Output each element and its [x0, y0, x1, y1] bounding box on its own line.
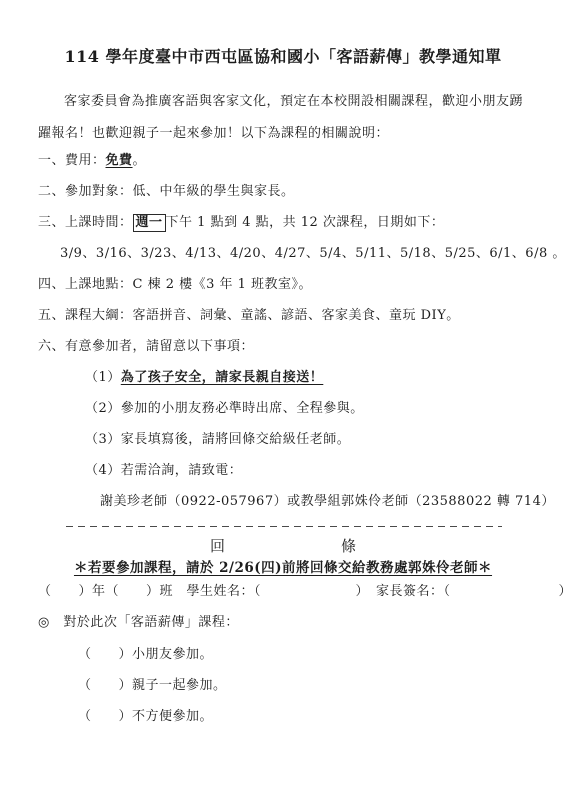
item-audience: 二、參加對象：低、中年級的學生與家長。: [38, 183, 528, 201]
dashed-divider: [66, 525, 502, 527]
item-fee-period: 。: [133, 153, 147, 168]
item-location: 四、上課地點：C 棟 2 樓《3 年 1 班教室》。: [38, 276, 528, 294]
page-title: 114 學年度臺中市西屯區協和國小「客語薪傳」教學通知單: [38, 46, 528, 68]
intro-paragraph: 客家委員會為推廣客語與客家文化，預定在本校開設相關課程，歡迎小朋友踴 躍報名！也…: [38, 86, 528, 150]
reply-slip-header-char-2: 條: [341, 536, 356, 556]
item-fee-label: 一、費用：: [38, 153, 106, 168]
reply-slip-header: 回 條: [38, 536, 528, 556]
item-time: 三、上課時間：週一下午 1 點到 4 點，共 12 次課程，日期如下：: [38, 214, 528, 232]
note-1-emphasis: 為了孩子安全，請家長親自接送！: [121, 370, 324, 385]
item-fee-emphasis: 免費: [106, 153, 133, 168]
reply-options: （ ）小朋友參加。 （ ）親子一起參加。 （ ）不方便參加。: [38, 646, 528, 726]
item-time-label: 三、上課時間：: [38, 215, 133, 230]
item-fee: 一、費用：免費。: [38, 152, 528, 170]
notice-page: 114 學年度臺中市西屯區協和國小「客語薪傳」教學通知單 客家委員會為推廣客語與…: [0, 0, 566, 726]
item-dates: 3/9、3/16、3/23、4/13、4/20、4/27、5/4、5/11、5/…: [38, 245, 528, 263]
note-4: （4）若需洽詢，請致電：: [38, 462, 528, 480]
contact-info: 謝美珍老師（0922-057967）或教學組郭姝伶老師（23588022 轉 7…: [38, 493, 528, 511]
intro-line-2: 躍報名！也歡迎親子一起來參加！以下為課程的相關說明：: [38, 118, 528, 150]
note-2: （2）參加的小朋友務必準時出席、全程參與。: [38, 400, 528, 418]
reply-form-line: （ ）年（ ）班 學生姓名：（ ） 家長簽名：（ ）: [38, 583, 528, 601]
reply-question: ◎ 對於此次「客語薪傳」課程：: [38, 614, 528, 632]
course-info-list: 一、費用：免費。 二、參加對象：低、中年級的學生與家長。 三、上課時間：週一下午…: [38, 152, 528, 511]
reply-option-decline: （ ）不方便參加。: [38, 708, 528, 726]
reply-option-child: （ ）小朋友參加。: [38, 646, 528, 664]
item-time-weekday-boxed: 週一: [133, 214, 166, 232]
item-notes-heading: 六、有意參加者，請留意以下事項：: [38, 338, 528, 356]
note-1-number: （1）: [85, 370, 121, 385]
item-time-detail: 下午 1 點到 4 點，共 12 次課程，日期如下：: [166, 215, 445, 230]
reply-slip-section: 回 條 ＊若要參加課程，請於 2/26(四)前將回條交給教務處郭姝伶老師＊ （ …: [38, 525, 528, 726]
intro-line-1: 客家委員會為推廣客語與客家文化，預定在本校開設相關課程，歡迎小朋友踴: [38, 86, 528, 118]
reply-slip-header-char-1: 回: [210, 536, 225, 556]
note-1: （1）為了孩子安全，請家長親自接送！: [38, 369, 528, 387]
note-3: （3）家長填寫後，請將回條交給級任老師。: [38, 431, 528, 449]
reply-option-parent-child: （ ）親子一起參加。: [38, 677, 528, 695]
reply-deadline-notice: ＊若要參加課程，請於 2/26(四)前將回條交給教務處郭姝伶老師＊: [38, 559, 528, 577]
item-outline: 五、課程大綱：客語拼音、詞彙、童謠、諺語、客家美食、童玩 DIY。: [38, 307, 528, 325]
